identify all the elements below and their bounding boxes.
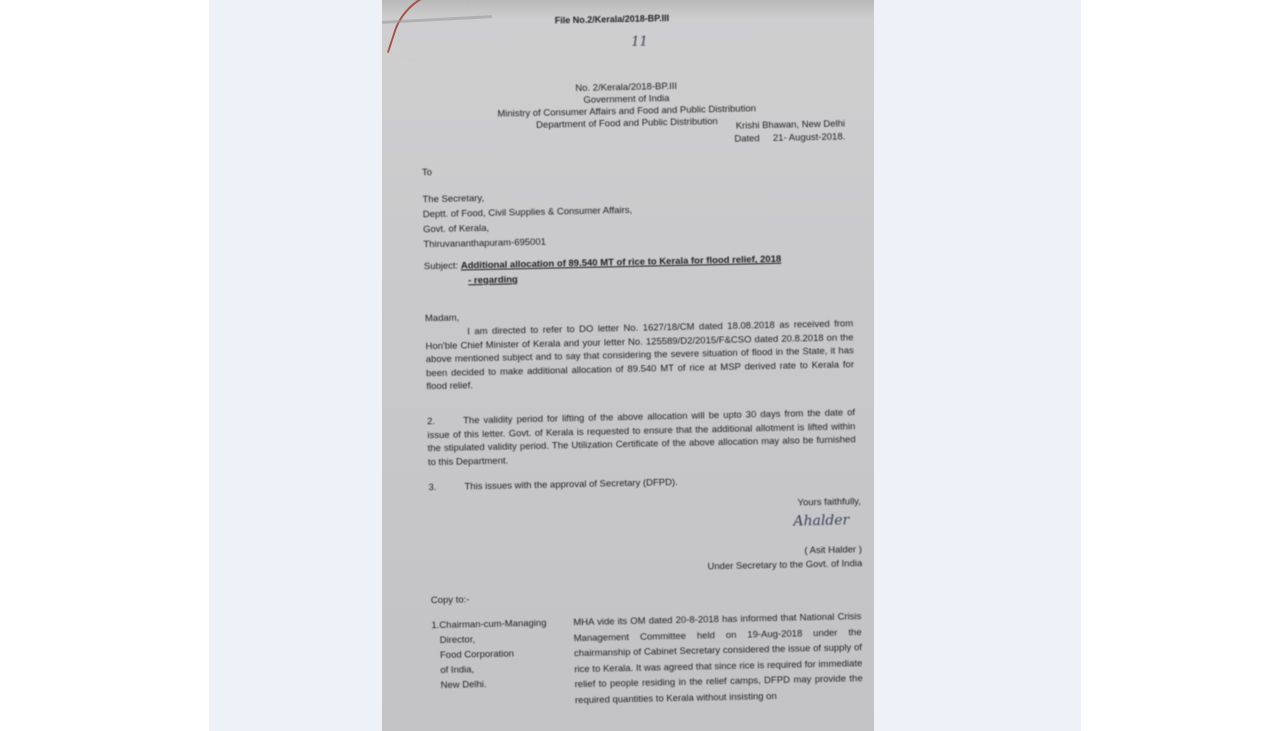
place-date: Krishi Bhawan, New Delhi Dated 21- Augus… xyxy=(734,117,845,145)
letter: File No.2/Kerala/2018-BP.III 11 No. 2/Ke… xyxy=(382,0,874,731)
signatory-title: Under Secretary to the Govt. of India xyxy=(707,557,862,574)
subject-text: Additional allocation of 89.540 MT of ri… xyxy=(461,254,782,272)
paragraph-2: The validity period for lifting of the a… xyxy=(427,406,856,469)
dated-label: Dated xyxy=(734,133,760,145)
salutation: Madam, xyxy=(425,312,460,327)
to-label: To xyxy=(422,166,432,180)
letterhead: No. 2/Kerala/2018-BP.III Government of I… xyxy=(476,79,777,133)
subject-label: Subject: xyxy=(424,261,459,273)
paragraph-3: This issues with the approval of Secreta… xyxy=(464,476,678,494)
file-number: File No.2/Kerala/2018-BP.III xyxy=(555,11,670,27)
paragraph-1: I am directed to refer to DO letter No. … xyxy=(425,317,854,393)
date: 21- August-2018. xyxy=(773,131,846,144)
subject-text-continued: - regarding xyxy=(468,273,518,288)
copy-note: MHA vide its OM dated 20-8-2018 has info… xyxy=(573,609,863,708)
copy-recipient-line: 1.Chairman-cum-Managing xyxy=(431,616,546,633)
page-mark: 11 xyxy=(631,36,648,50)
copy-recipient: 1.Chairman-cum-Managing Director, Food C… xyxy=(431,616,548,693)
document-photo: File No.2/Kerala/2018-BP.III 11 No. 2/Ke… xyxy=(382,0,874,731)
copy-recipient-line: New Delhi. xyxy=(433,676,548,693)
copy-to-label: Copy to:- xyxy=(431,593,470,608)
signatory-name: ( Asit Halder ) xyxy=(804,543,862,558)
address-line: Thiruvananthapuram-695001 xyxy=(423,233,633,252)
paragraph-number: 3. xyxy=(428,481,436,495)
subject: Subject: Additional allocation of 89.540… xyxy=(424,253,782,274)
signature: Ahalder xyxy=(793,513,849,528)
recipient-address: The Secretary, Deptt. of Food, Civil Sup… xyxy=(422,188,633,252)
closing: Yours faithfully, xyxy=(797,495,861,510)
